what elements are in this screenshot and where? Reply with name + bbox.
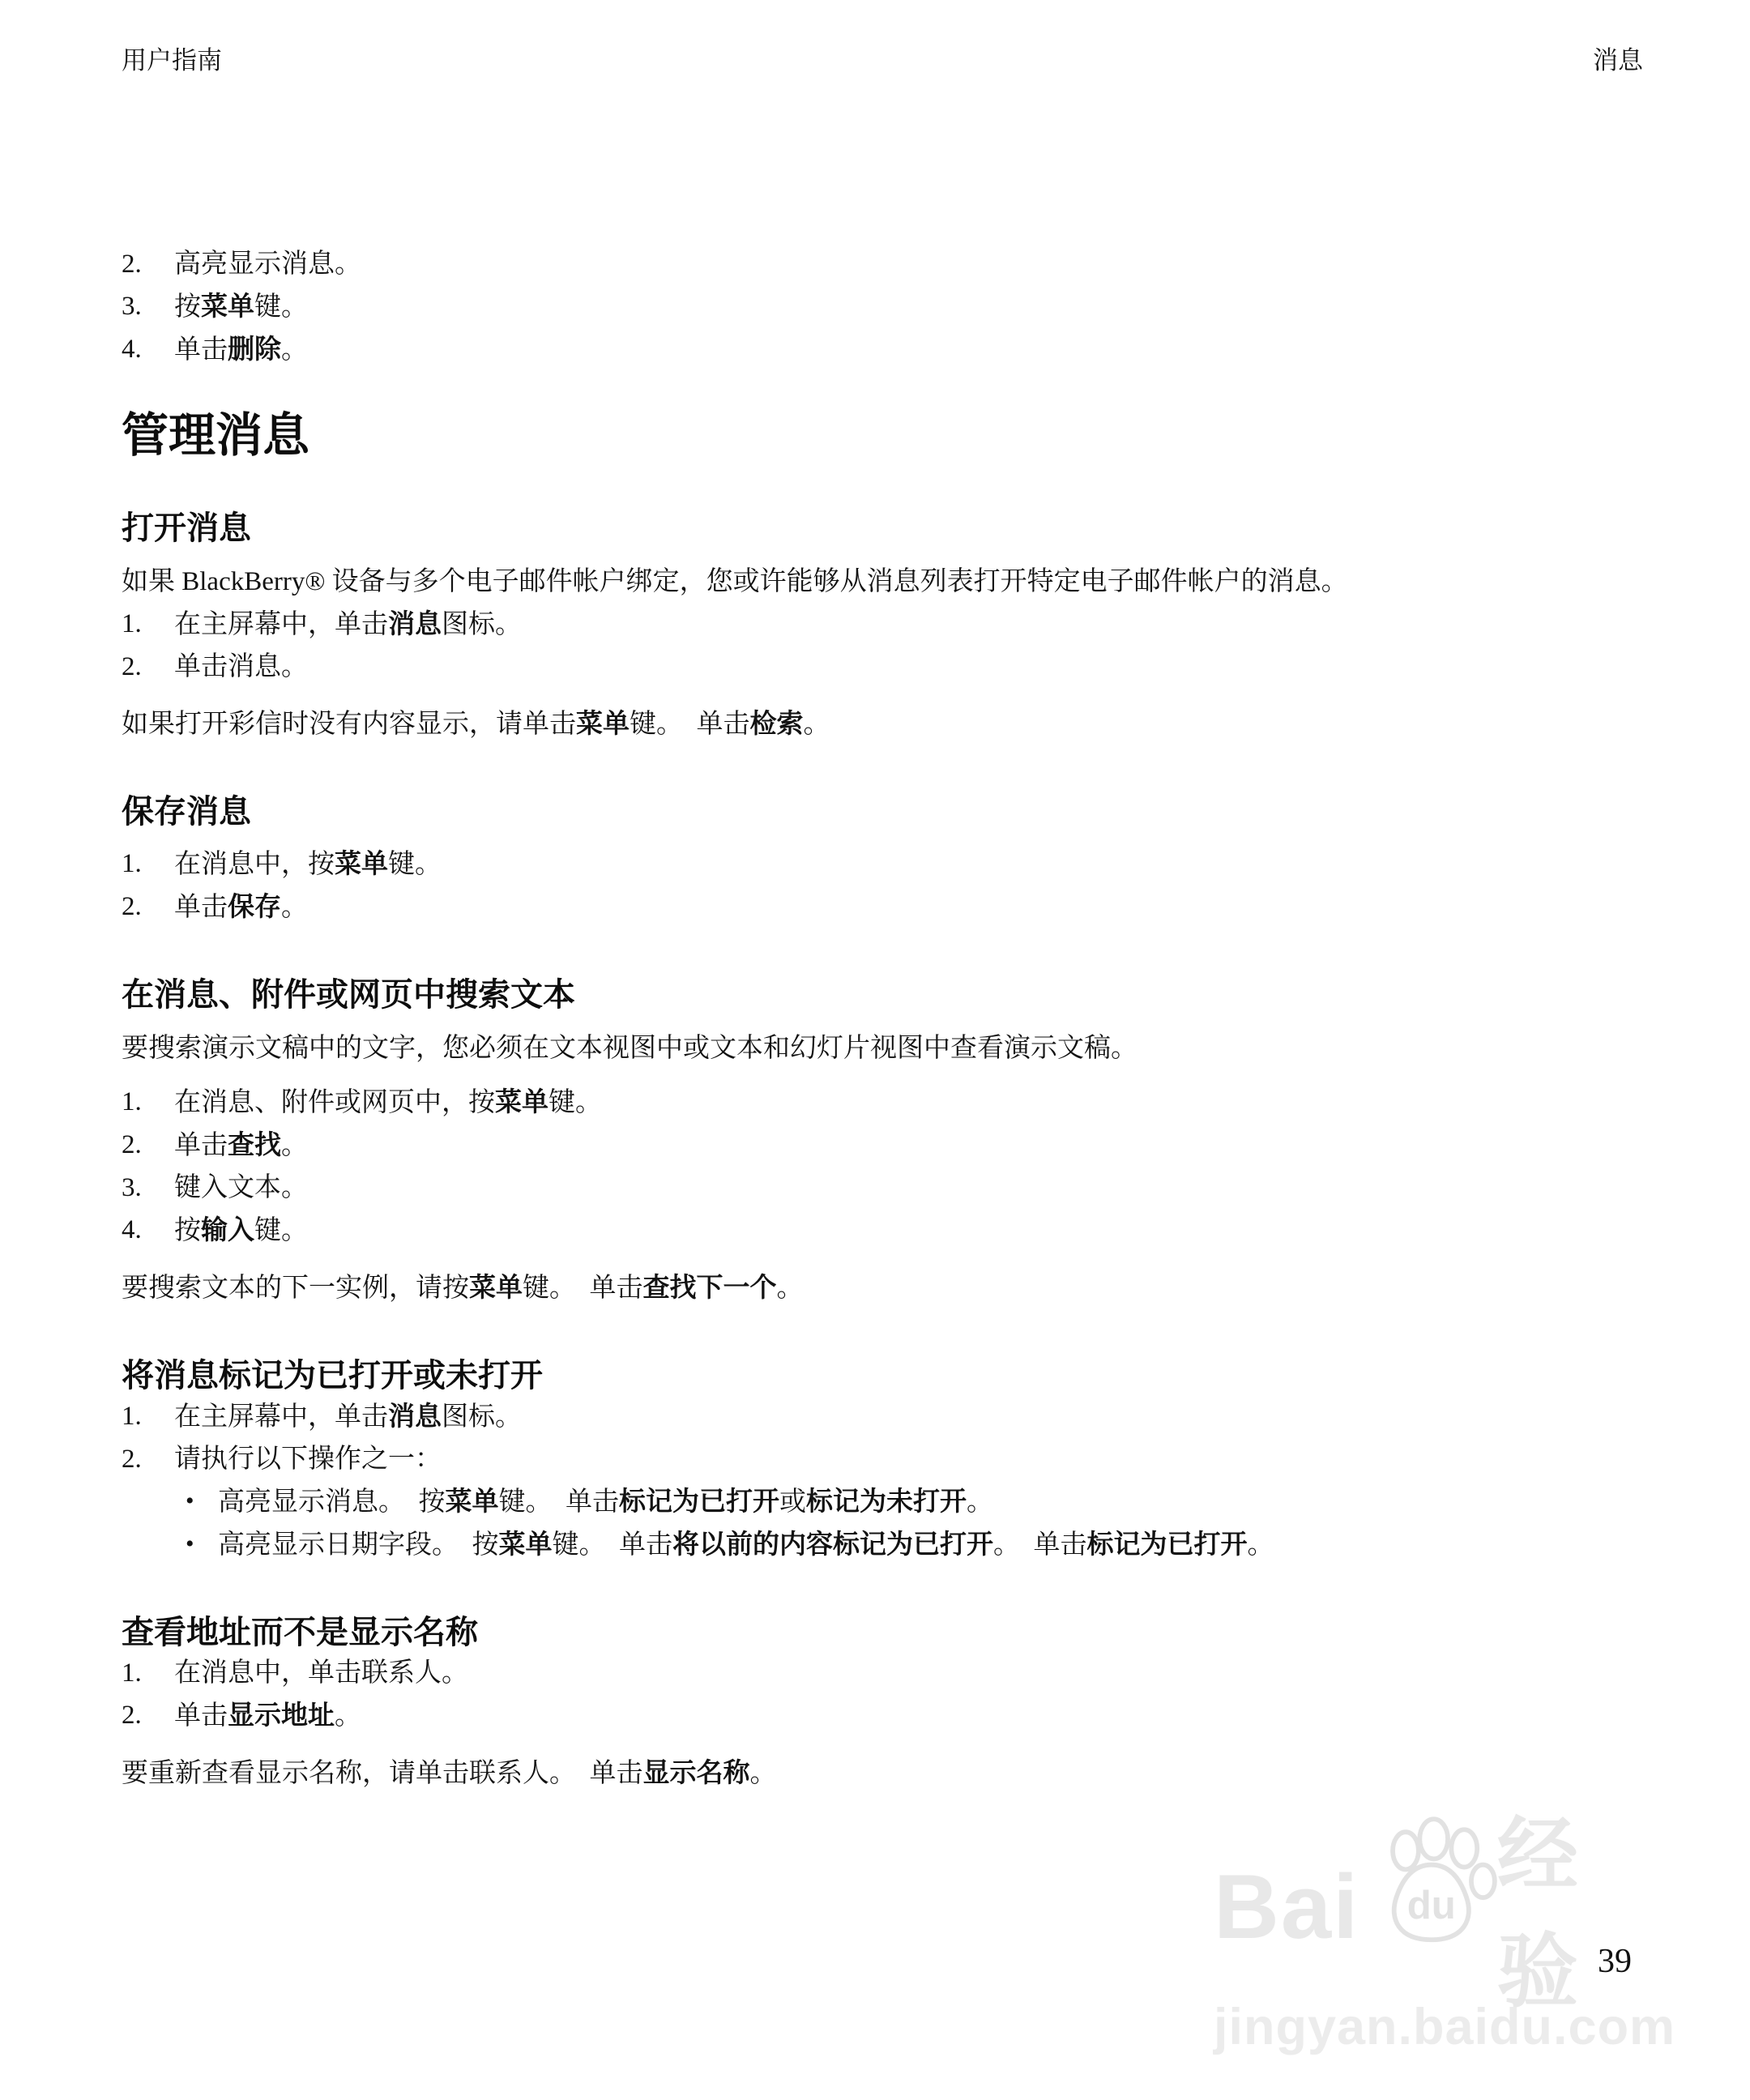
list-item-text: 在主屏幕中，单击消息图标。 <box>174 603 1637 646</box>
list-item-number: 1. <box>122 1652 174 1694</box>
list-item: 3. 键入文本。 <box>122 1167 1637 1209</box>
bullet-item: • 高亮显示消息。 按菜单键。 单击标记为已打开或标记为未打开。 <box>186 1480 1637 1523</box>
list-item-text: 单击删除。 <box>174 328 1637 371</box>
list-item: 1. 在消息中，按菜单键。 <box>122 843 1637 886</box>
list-item-text: 在消息中，单击联系人。 <box>174 1652 1637 1694</box>
list-item-text: 键入文本。 <box>174 1167 1637 1209</box>
bullet-marker: • <box>186 1480 218 1522</box>
list-item-text: 高亮显示消息。 <box>174 243 1637 285</box>
section-heading-open-message: 打开消息 <box>122 509 1637 548</box>
baidu-logo: Bai du 经验 <box>1214 1837 1655 1975</box>
list-item-number: 1. <box>122 1395 174 1437</box>
list-item-number: 1. <box>122 1081 174 1123</box>
list-item-number: 2. <box>122 1124 174 1166</box>
steps-list-save-message: 1. 在消息中，按菜单键。 2. 单击保存。 <box>122 843 1637 928</box>
list-item-number: 3. <box>122 1167 174 1209</box>
sub-bullet-list: • 高亮显示消息。 按菜单键。 单击标记为已打开或标记为未打开。 • 高亮显示日… <box>174 1480 1637 1566</box>
section-heading-mark-opened: 将消息标记为已打开或未打开 <box>122 1356 1637 1395</box>
list-item-number: 1. <box>122 843 174 885</box>
list-item-text: 在消息中，按菜单键。 <box>174 843 1637 886</box>
section-note: 如果打开彩信时没有内容显示，请单击菜单键。 单击检索。 <box>122 702 1637 745</box>
list-item: 2. 单击保存。 <box>122 886 1637 928</box>
baidu-jingyan-watermark: Bai du 经验 jingyan.baidu.com <box>1214 1837 1655 2056</box>
list-item-text: 按输入键。 <box>174 1209 1637 1252</box>
section-intro: 如果 BlackBerry® 设备与多个电子邮件帐户绑定，您或许能够从消息列表打… <box>122 561 1637 603</box>
bullet-item-text: 高亮显示日期字段。 按菜单键。 单击将以前的内容标记为已打开。 单击标记为已打开… <box>218 1523 1637 1566</box>
list-item-number: 1. <box>122 603 174 645</box>
list-item: 4. 按输入键。 <box>122 1209 1637 1252</box>
list-item-text: 单击消息。 <box>174 646 1637 688</box>
steps-list-open-message: 1. 在主屏幕中，单击消息图标。 2. 单击消息。 <box>122 603 1637 688</box>
list-item-text: 在主屏幕中，单击消息图标。 <box>174 1395 1637 1438</box>
baidu-paw-icon: du <box>1361 1816 1502 1966</box>
document-page: 用户指南 消息 2. 高亮显示消息。 3. 按菜单键。 4. 单击删除。 管理消… <box>0 0 1750 2100</box>
list-item: 3. 按菜单键。 <box>122 285 1637 328</box>
list-item-number: 2. <box>122 1438 174 1480</box>
document-body: 2. 高亮显示消息。 3. 按菜单键。 4. 单击删除。 管理消息 打开消息 如… <box>122 243 1637 1795</box>
section-heading-search-text: 在消息、附件或网页中搜索文本 <box>122 975 1637 1014</box>
bullet-item: • 高亮显示日期字段。 按菜单键。 单击将以前的内容标记为已打开。 单击标记为已… <box>186 1523 1637 1566</box>
steps-list-search-text: 1. 在消息、附件或网页中，按菜单键。 2. 单击查找。 3. 键入文本。 4.… <box>122 1081 1637 1252</box>
list-item-number: 3. <box>122 285 174 327</box>
list-item-number: 2. <box>122 1694 174 1736</box>
list-item-text: 请执行以下操作之一： • 高亮显示消息。 按菜单键。 单击标记为已打开或标记为未… <box>174 1438 1637 1566</box>
list-item-text: 按菜单键。 <box>174 285 1637 328</box>
watermark-url: jingyan.baidu.com <box>1214 1998 1655 2056</box>
list-item: 2. 请执行以下操作之一： • 高亮显示消息。 按菜单键。 单击标记为已打开或标… <box>122 1438 1637 1566</box>
list-item-text: 单击查找。 <box>174 1124 1637 1167</box>
list-item-number: 4. <box>122 1209 174 1251</box>
steps-list-mark-opened: 1. 在主屏幕中，单击消息图标。 2. 请执行以下操作之一： • 高亮显示消息。… <box>122 1395 1637 1566</box>
list-item-text: 单击显示地址。 <box>174 1694 1637 1737</box>
list-item-number: 2. <box>122 886 174 928</box>
list-item: 2. 单击显示地址。 <box>122 1694 1637 1737</box>
list-item-number: 4. <box>122 328 174 370</box>
section-note: 要搜索文本的下一实例，请按菜单键。 单击查找下一个。 <box>122 1266 1637 1309</box>
header-left-title: 用户指南 <box>122 45 222 77</box>
section-note: 要重新查看显示名称，请单击联系人。 单击显示名称。 <box>122 1752 1637 1795</box>
bullet-item-text: 高亮显示消息。 按菜单键。 单击标记为已打开或标记为未打开。 <box>218 1480 1637 1523</box>
bullet-marker: • <box>186 1523 218 1565</box>
list-item-text: 在消息、附件或网页中，按菜单键。 <box>174 1081 1637 1124</box>
page-header: 用户指南 消息 <box>122 45 1643 77</box>
header-right-title: 消息 <box>1593 45 1643 77</box>
page-title: 管理消息 <box>122 410 1637 462</box>
list-item: 1. 在消息、附件或网页中，按菜单键。 <box>122 1081 1637 1124</box>
baidu-logo-jingyan-text: 经验 <box>1497 1790 1655 2023</box>
list-item: 4. 单击删除。 <box>122 328 1637 371</box>
list-item: 2. 单击消息。 <box>122 646 1637 688</box>
baidu-logo-bai-text: Bai <box>1214 1855 1359 1959</box>
list-item: 2. 单击查找。 <box>122 1124 1637 1167</box>
list-item-number: 2. <box>122 243 174 285</box>
list-item: 2. 高亮显示消息。 <box>122 243 1637 285</box>
baidu-logo-du-text: du <box>1407 1883 1456 1927</box>
list-item-lead: 请执行以下操作之一： <box>174 1445 442 1474</box>
section-heading-save-message: 保存消息 <box>122 792 1637 831</box>
page-number: 39 <box>1598 1943 1632 1980</box>
steps-list-delete-message: 2. 高亮显示消息。 3. 按菜单键。 4. 单击删除。 <box>122 243 1637 371</box>
section-heading-view-address: 查看地址而不是显示名称 <box>122 1613 1637 1652</box>
section-intro: 要搜索演示文稿中的文字，您必须在文本视图中或文本和幻灯片视图中查看演示文稿。 <box>122 1027 1637 1069</box>
list-item: 1. 在消息中，单击联系人。 <box>122 1652 1637 1694</box>
list-item: 1. 在主屏幕中，单击消息图标。 <box>122 1395 1637 1438</box>
list-item: 1. 在主屏幕中，单击消息图标。 <box>122 603 1637 646</box>
list-item-text: 单击保存。 <box>174 886 1637 928</box>
list-item-number: 2. <box>122 646 174 688</box>
steps-list-view-address: 1. 在消息中，单击联系人。 2. 单击显示地址。 <box>122 1652 1637 1737</box>
